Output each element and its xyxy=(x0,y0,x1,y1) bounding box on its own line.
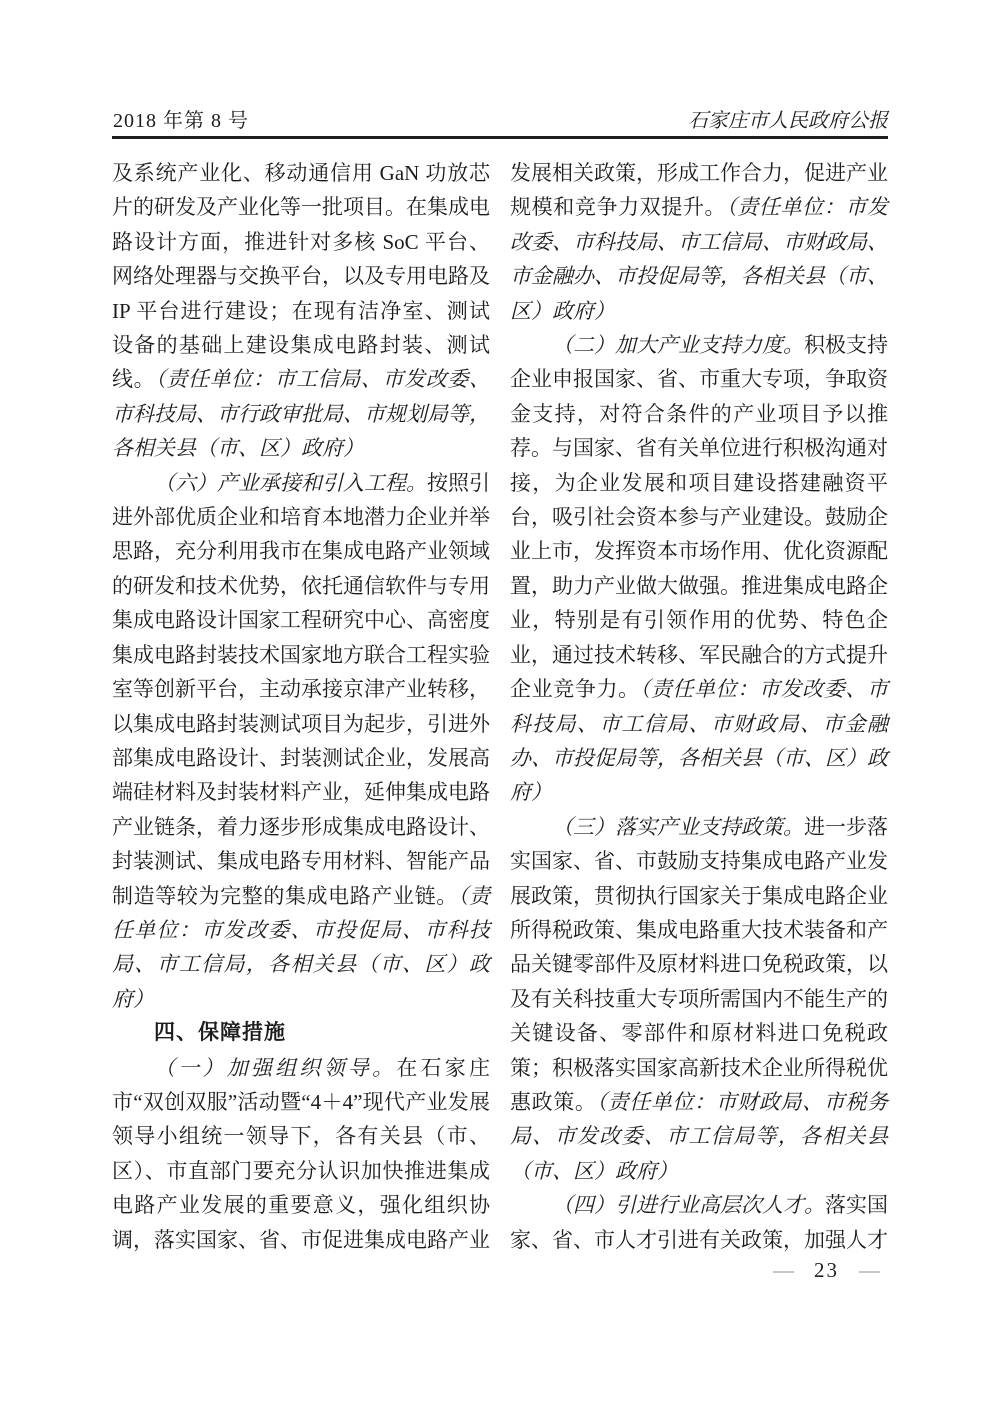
paragraph-lead: （六）产业承接和引入工程。 xyxy=(154,471,427,495)
body-text-run: 进一步落实国家、省、市鼓励支持集成电路产业发展政策，贯彻执行国家关于集成电路企业… xyxy=(510,815,888,1114)
footer-dash-left: — xyxy=(773,1258,794,1283)
paragraph-item-three: （三）落实产业支持政策。进一步落实国家、省、市鼓励支持集成电路产业发展政策，贯彻… xyxy=(510,810,888,1188)
publication-title: 石家庄市人民政府公报 xyxy=(688,104,888,133)
paragraph-item-two: （二）加大产业支持力度。积极支持企业申报国家、省、市重大专项，争取资金支持，对符… xyxy=(510,328,888,810)
paragraph-lead: （三）落实产业支持政策。 xyxy=(552,815,804,839)
page-footer: — 23 — xyxy=(773,1258,880,1283)
issue-number: 2018 年第 8 号 xyxy=(113,104,249,133)
page-number: 23 xyxy=(814,1258,839,1283)
paragraph-item-one: （一）加强组织领导。在石家庄市“双创双服”活动暨“4＋4”现代产业发展领导小组统… xyxy=(112,1051,490,1257)
paragraph-continuation: 及系统产业化、移动通信用 GaN 功放芯片的研发及产业化等一批项目。在集成电路设… xyxy=(112,156,490,466)
body-text-run: 在石家庄市“双创双服”活动暨“4＋4”现代产业发展领导小组统一领导下，各有关县（… xyxy=(112,1056,490,1252)
body-text-run: 及系统产业化、移动通信用 GaN 功放芯片的研发及产业化等一批项目。在集成电路设… xyxy=(112,161,490,391)
content-columns: 及系统产业化、移动通信用 GaN 功放芯片的研发及产业化等一批项目。在集成电路设… xyxy=(112,156,888,1257)
paragraph-lead: （二）加大产业支持力度。 xyxy=(552,333,804,357)
paragraph-item-four: （四）引进行业高层次人才。落实国家、省、市人才引进有关政策，加强人才 xyxy=(510,1188,888,1257)
body-text-run: 积极支持企业申报国家、省、市重大专项，争取资金支持，对符合条件的产业项目予以推荐… xyxy=(510,333,888,701)
left-column: 及系统产业化、移动通信用 GaN 功放芯片的研发及产业化等一批项目。在集成电路设… xyxy=(112,156,490,1257)
paragraph-lead: （一）加强组织领导。 xyxy=(154,1056,396,1080)
paragraph-continuation: 发展相关政策，形成工作合力，促进产业规模和竞争力双提升。（责任单位：市发改委、市… xyxy=(510,156,888,328)
paragraph-lead: （四）引进行业高层次人才。 xyxy=(552,1193,825,1217)
page-header: 2018 年第 8 号 石家庄市人民政府公报 xyxy=(113,104,888,133)
paragraph-item-six: （六）产业承接和引入工程。按照引进外部优质企业和培育本地潜力企业并举思路，充分利… xyxy=(112,466,490,1017)
footer-dash-right: — xyxy=(859,1258,880,1283)
body-text-run: 按照引进外部优质企业和培育本地潜力企业并举思路，充分利用我市在集成电路产业领域的… xyxy=(112,471,490,908)
gazette-page: 2018 年第 8 号 石家庄市人民政府公报 及系统产业化、移动通信用 GaN … xyxy=(0,0,1000,1414)
header-rule xyxy=(112,136,888,139)
section-heading: 四、保障措施 xyxy=(112,1016,490,1050)
responsibility-note: （责任单位：市工信局、市发改委、市科技局、市行政审批局、市规划局等，各相关县（市… xyxy=(112,367,490,460)
right-column: 发展相关政策，形成工作合力，促进产业规模和竞争力双提升。（责任单位：市发改委、市… xyxy=(510,156,888,1257)
